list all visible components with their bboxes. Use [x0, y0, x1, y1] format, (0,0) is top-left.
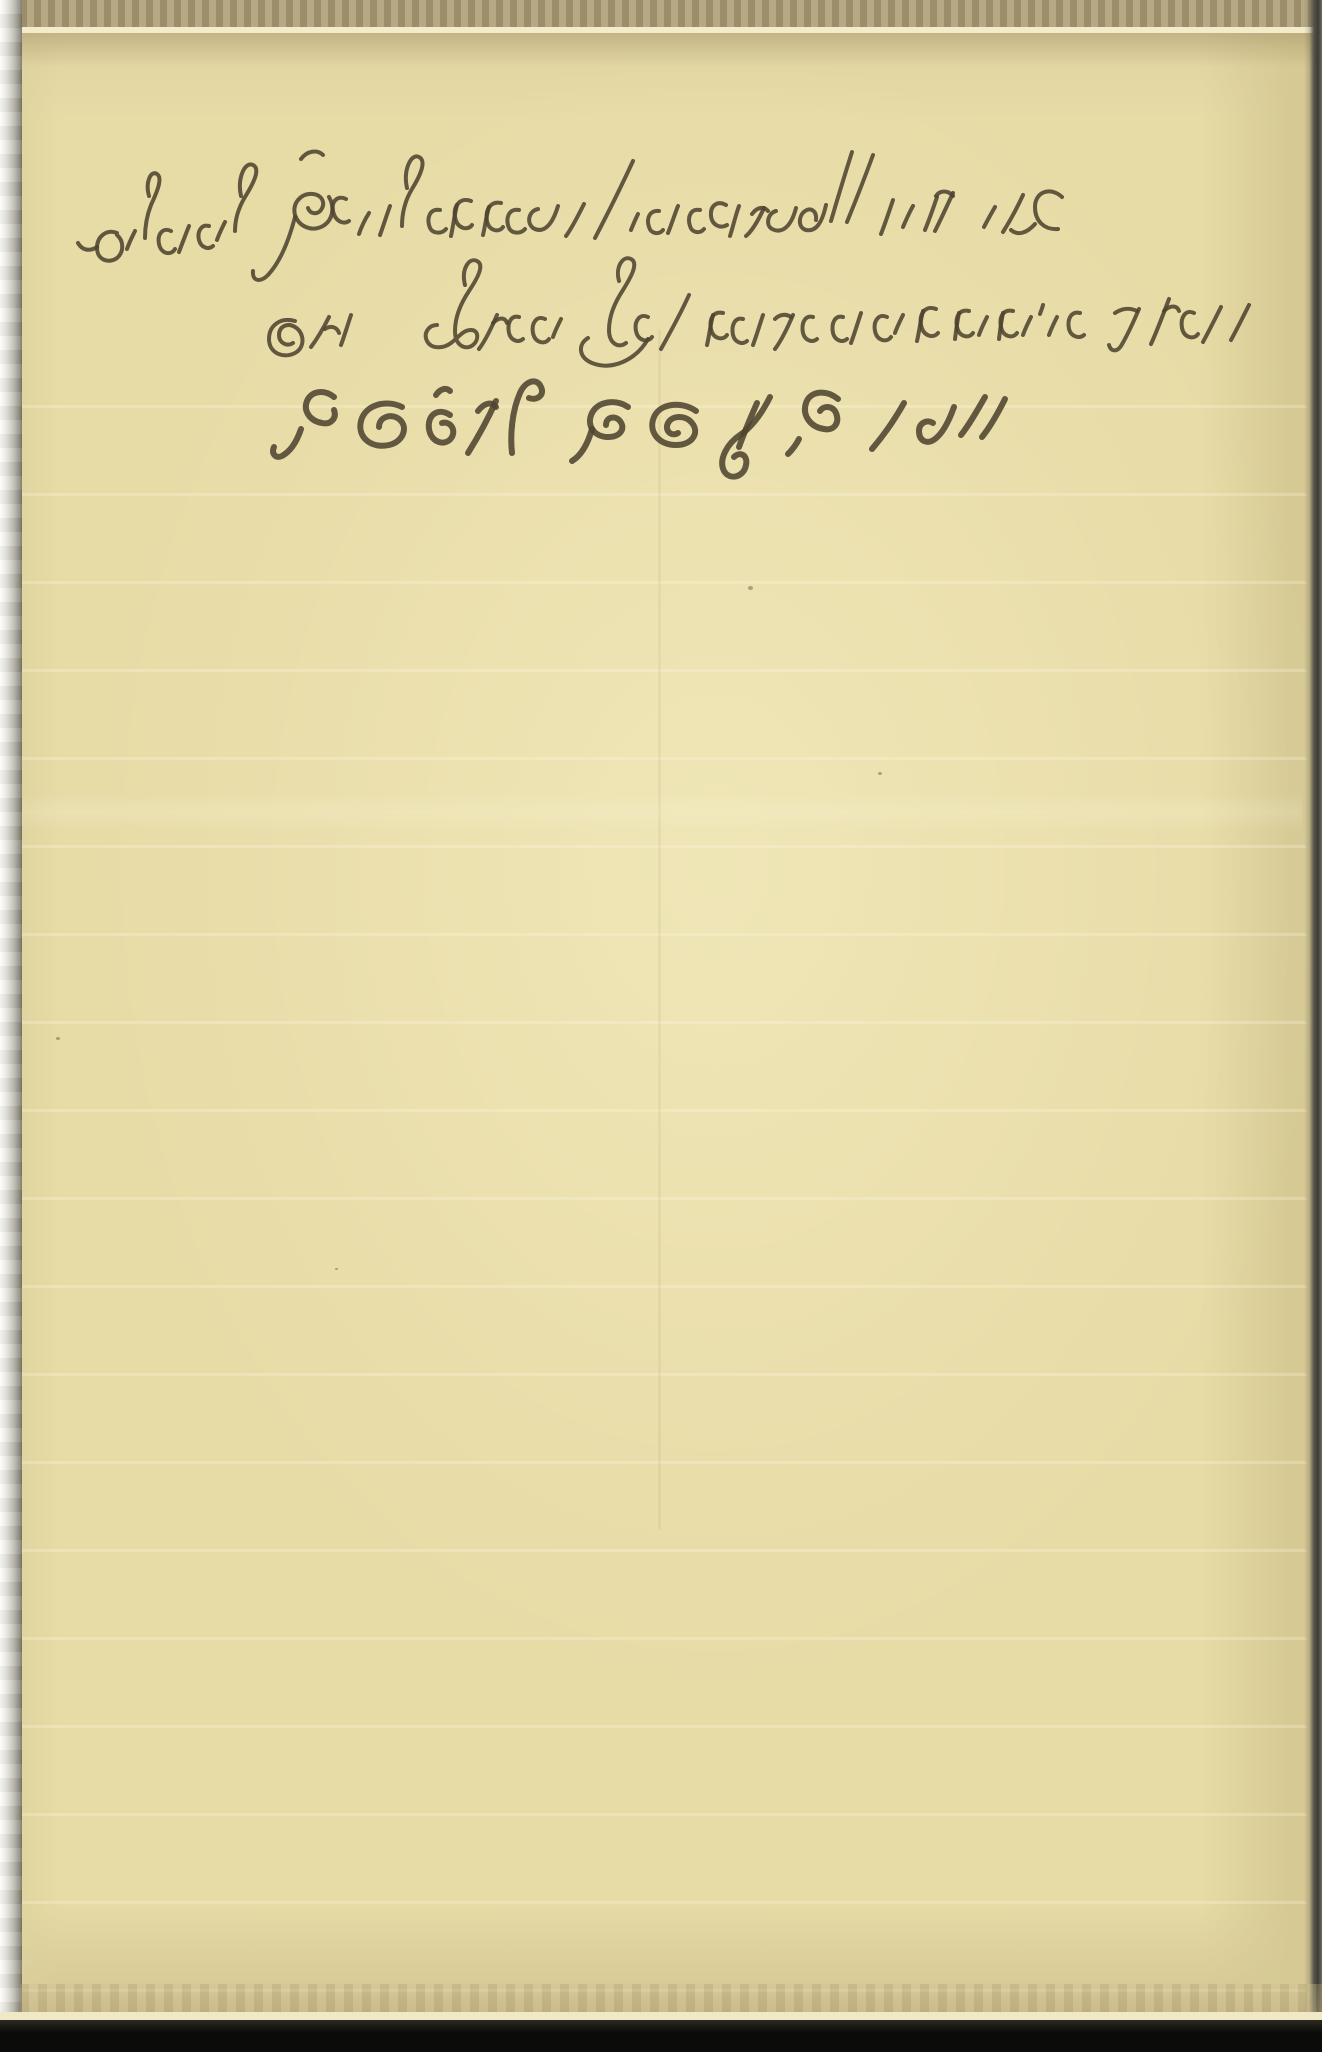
ruled-lines — [22, 320, 1306, 2012]
scan-bottom-highlight-line — [0, 2012, 1322, 2020]
scan-top-edge — [20, 0, 1322, 27]
scan-bottom-shadow — [20, 1984, 1322, 2012]
scanned-page — [0, 0, 1322, 2052]
ink-speck — [56, 1037, 60, 1040]
ink-speck — [878, 772, 882, 775]
scan-top-shadow — [20, 33, 1322, 67]
ink-speck — [335, 1268, 338, 1270]
scan-right-seam — [1304, 0, 1322, 2052]
scan-left-edge-texture — [0, 0, 22, 2052]
paper-light-band — [22, 792, 1302, 832]
center-crease — [658, 330, 661, 1530]
ink-speck — [748, 586, 753, 590]
scan-bottom-bar — [0, 2020, 1322, 2052]
